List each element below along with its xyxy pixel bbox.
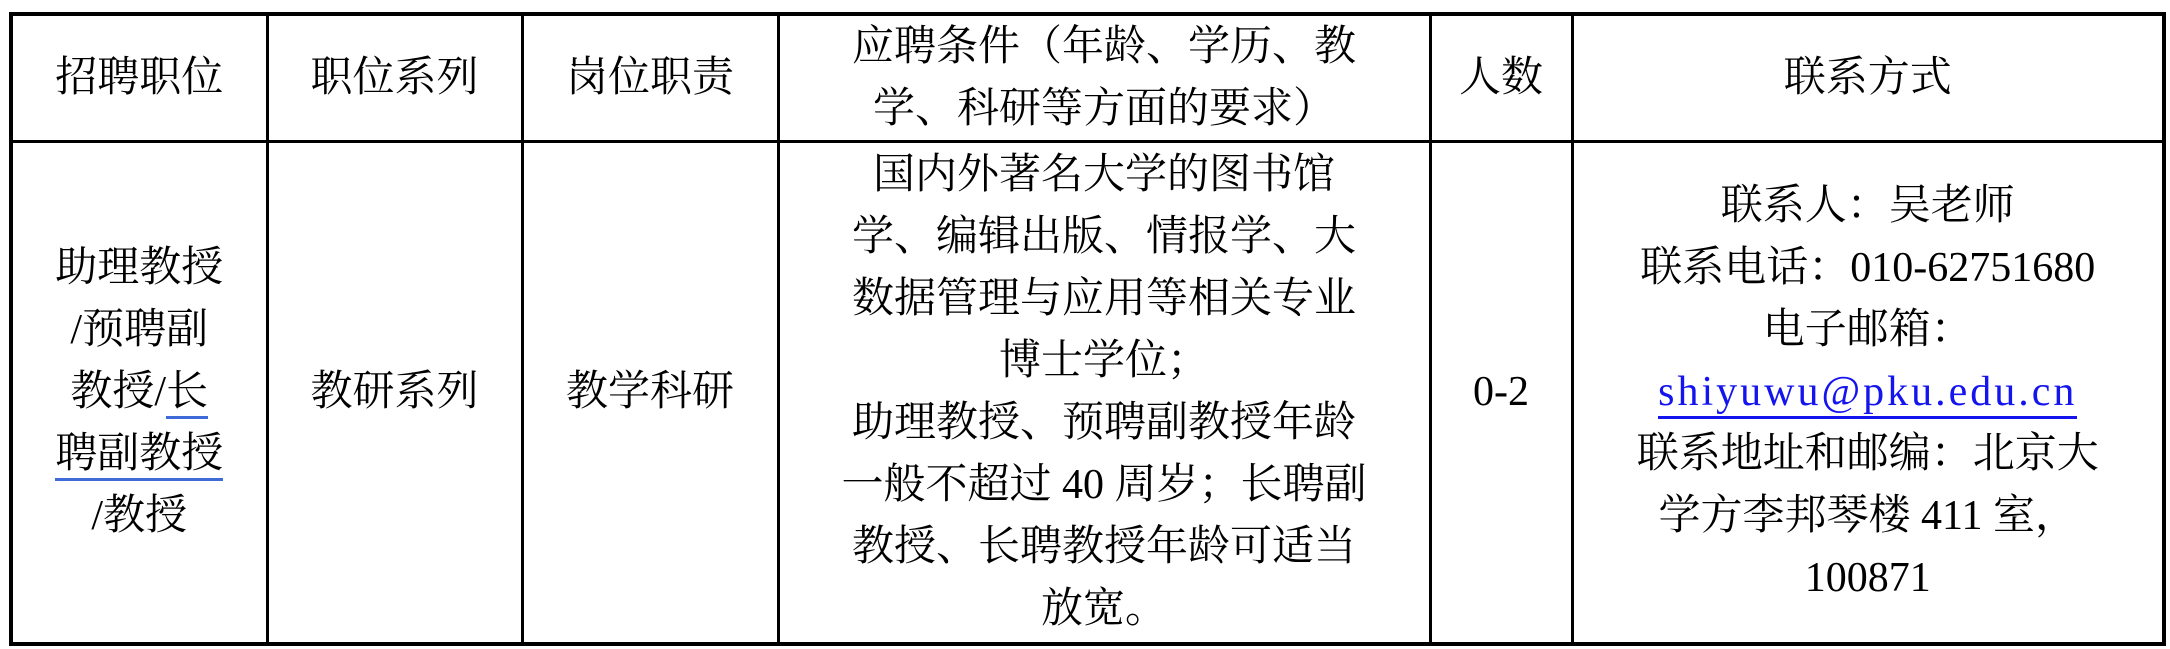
document-page: 招聘职位 职位系列 岗位职责 应聘条件（年龄、学历、教学、科研等方面的要求） 人…: [0, 0, 2170, 649]
text-segment: 一般不超过 40 周岁；长聘副: [841, 462, 1366, 508]
hyperlinked-text[interactable]: 长: [166, 369, 208, 419]
text-segment: 联系人：吴老师: [1721, 183, 2015, 229]
text-line: /预聘副: [13, 299, 266, 361]
email-link[interactable]: shiyuwu@pku.edu.cn: [1658, 369, 2077, 419]
text-line: 一般不超过 40 周岁；长聘副: [780, 454, 1429, 516]
text-line: /教授: [13, 485, 266, 547]
hyperlinked-text[interactable]: 聘副教授: [55, 431, 223, 481]
text-segment: 学方李邦琴楼 411 室，: [1659, 493, 2077, 539]
text-segment: 放宽。: [1041, 586, 1167, 632]
text-line: shiyuwu@pku.edu.cn: [1574, 361, 2163, 423]
cell-headcount: 0-2: [1430, 142, 1572, 644]
cell-requirements: 国内外著名大学的图书馆学、编辑出版、情报学、大数据管理与应用等相关专业博士学位；…: [778, 142, 1430, 644]
text-segment: /教授: [91, 493, 187, 539]
text-line: 联系地址和邮编：北京大: [1574, 423, 2163, 485]
text-line: 国内外著名大学的图书馆: [780, 144, 1429, 206]
text-segment: 联系地址和邮编：北京大: [1637, 431, 2099, 477]
cell-contact: 联系人：吴老师联系电话：010-62751680电子邮箱：shiyuwu@pku…: [1572, 142, 2164, 644]
header-cell-headcount: 人数: [1430, 14, 1572, 142]
header-row: 招聘职位 职位系列 岗位职责 应聘条件（年龄、学历、教学、科研等方面的要求） 人…: [11, 14, 2164, 142]
text-line: 100871: [1574, 547, 2163, 609]
text-line: 助理教授、预聘副教授年龄: [780, 392, 1429, 454]
header-cell-series: 职位系列: [267, 14, 522, 142]
header-cell-duty: 岗位职责: [522, 14, 778, 142]
text-segment: 助理教授、预聘副教授年龄: [852, 400, 1356, 446]
text-segment: 学、科研等方面的要求）: [873, 86, 1335, 132]
text-segment: 数据管理与应用等相关专业: [852, 276, 1356, 322]
cell-series: 教研系列: [267, 142, 522, 644]
cell-duty: 教学科研: [522, 142, 778, 644]
text-segment: 学、编辑出版、情报学、大: [852, 214, 1356, 260]
header-cell-contact: 联系方式: [1572, 14, 2164, 142]
text-segment: 博士学位；: [999, 338, 1209, 384]
recruitment-table: 招聘职位 职位系列 岗位职责 应聘条件（年龄、学历、教学、科研等方面的要求） 人…: [9, 12, 2166, 646]
text-line: 教授、长聘教授年龄可适当: [780, 516, 1429, 578]
text-segment: /预聘副: [70, 307, 208, 353]
table-row: 助理教授/预聘副教授/长聘副教授/教授 教研系列 教学科研 国内外著名大学的图书…: [11, 142, 2164, 644]
text-segment: 电子邮箱：: [1763, 307, 1973, 353]
text-line: 联系人：吴老师: [1574, 175, 2163, 237]
header-cell-position: 招聘职位: [11, 14, 267, 142]
text-line: 助理教授: [13, 237, 266, 299]
cell-position: 助理教授/预聘副教授/长聘副教授/教授: [11, 142, 267, 644]
text-line: 数据管理与应用等相关专业: [780, 268, 1429, 330]
text-line: 应聘条件（年龄、学历、教: [780, 16, 1429, 78]
text-line: 学方李邦琴楼 411 室，: [1574, 485, 2163, 547]
text-line: 联系电话：010-62751680: [1574, 237, 2163, 299]
header-cell-requirements: 应聘条件（年龄、学历、教学、科研等方面的要求）: [778, 14, 1430, 142]
text-segment: 助理教授: [55, 245, 223, 291]
text-segment: 国内外著名大学的图书馆: [873, 152, 1335, 198]
text-line: 教授/长: [13, 361, 266, 423]
text-line: 学、编辑出版、情报学、大: [780, 206, 1429, 268]
text-segment: 应聘条件（年龄、学历、教: [852, 24, 1356, 70]
text-line: 放宽。: [780, 578, 1429, 640]
text-line: 电子邮箱：: [1574, 299, 2163, 361]
text-segment: 联系电话：010-62751680: [1640, 245, 2095, 291]
text-segment: 教授/: [70, 369, 166, 415]
text-line: 博士学位；: [780, 330, 1429, 392]
text-line: 聘副教授: [13, 423, 266, 485]
text-segment: 100871: [1805, 555, 1931, 601]
text-line: 学、科研等方面的要求）: [780, 78, 1429, 140]
text-segment: 教授、长聘教授年龄可适当: [852, 524, 1356, 570]
